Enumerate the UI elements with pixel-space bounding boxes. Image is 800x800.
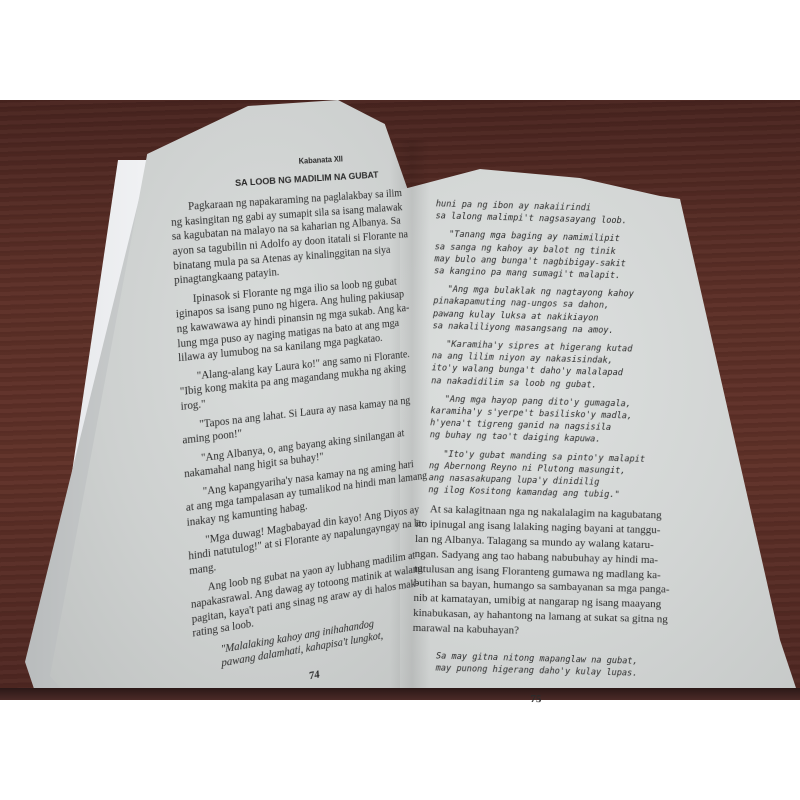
page-number-right: 75 [411, 690, 661, 709]
right-page-opening-lines: huni pa ng ibon ay nakaiirindisa lalong … [435, 198, 674, 229]
left-page-paragraphs: Pagkaraan ng napakaraming na paglalakbay… [170, 187, 424, 642]
stanza: "Karamiha'y sipres at higerang kutadna a… [431, 338, 670, 393]
right-page-prose: At sa kalagitnaan nga ng nakalalagim na … [413, 502, 666, 642]
stanza: "Tanang mga baging ay namimilipitsa sang… [434, 229, 673, 284]
table-edge-shadow [0, 688, 800, 700]
right-page-text: huni pa ng ibon ay nakaiirindisa lalong … [411, 198, 674, 709]
stanza: "Ang mga hayop pang dito'y gumagala,kara… [430, 393, 669, 448]
right-page-stanzas: "Tanang mga baging ay namimilipitsa sang… [416, 228, 673, 503]
stanza: "Ang mga bulaklak ng nagtayong kahoypina… [432, 284, 671, 339]
right-page-closing-verse: Sa may gitna nitong mapanglaw na gubat,m… [436, 650, 663, 680]
left-page-text: Kabanata XII SA LOOB NG MADILIM NA GUBAT… [168, 150, 427, 705]
paragraph: Pagkaraan ng napakaraming na paglalakbay… [170, 187, 408, 289]
stanza: "Ito'y gubat manding sa pinto'y malapitn… [428, 448, 667, 503]
